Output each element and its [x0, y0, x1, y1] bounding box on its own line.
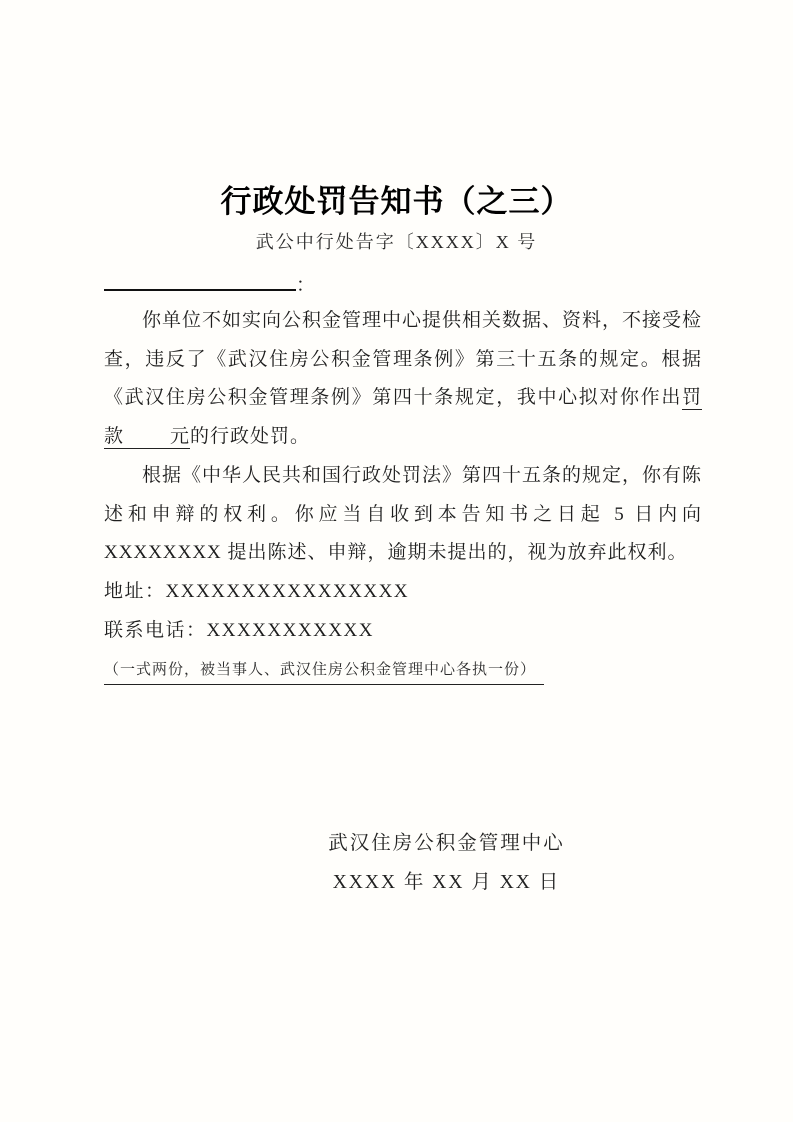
- issuing-authority: 武汉住房公积金管理中心: [50, 824, 793, 863]
- phone-label: 联系电话：: [104, 620, 207, 641]
- phone-value: XXXXXXXXXXX: [207, 620, 374, 641]
- fine-unit: 元: [170, 426, 190, 447]
- address-line: 地址：XXXXXXXXXXXXXXXX: [104, 573, 702, 612]
- document-page: 行政处罚告知书（之三） 武公中行处告字〔XXXX〕X 号 ： 你单位不如实向公积…: [0, 0, 793, 1122]
- signature-block: 武汉住房公积金管理中心 XXXX 年 XX 月 XX 日: [50, 824, 793, 902]
- document-title: 行政处罚告知书（之三）: [0, 176, 793, 221]
- addressee-colon: ：: [296, 275, 316, 296]
- address-value: XXXXXXXXXXXXXXXX: [166, 581, 410, 602]
- document-body: ： 你单位不如实向公积金管理中心提供相关数据、资料，不接受检查，违反了《武汉住房…: [104, 265, 702, 689]
- paragraph-rights: 根据《中华人民共和国行政处罚法》第四十五条的规定，你有陈述和申辩的权利。你应当自…: [104, 457, 702, 573]
- penalty-text: 的行政处罚。: [190, 426, 310, 447]
- paragraph-violation: 你单位不如实向公积金管理中心提供相关数据、资料，不接受检查，违反了《武汉住房公积…: [104, 302, 702, 457]
- issue-date: XXXX 年 XX 月 XX 日: [50, 863, 793, 902]
- addressee-blank-underline: [104, 265, 296, 291]
- fine-amount-blank: [124, 423, 170, 442]
- copies-footnote: （一式两份，被当事人、武汉住房公积金管理中心各执一份）: [104, 658, 544, 685]
- phone-line: 联系电话：XXXXXXXXXXX: [104, 612, 702, 651]
- violation-text: 你单位不如实向公积金管理中心提供相关数据、资料，不接受检查，违反了《武汉住房公积…: [104, 310, 702, 408]
- address-label: 地址：: [104, 581, 166, 602]
- addressee-line: ：: [104, 265, 702, 301]
- document-number: 武公中行处告字〔XXXX〕X 号: [0, 228, 793, 254]
